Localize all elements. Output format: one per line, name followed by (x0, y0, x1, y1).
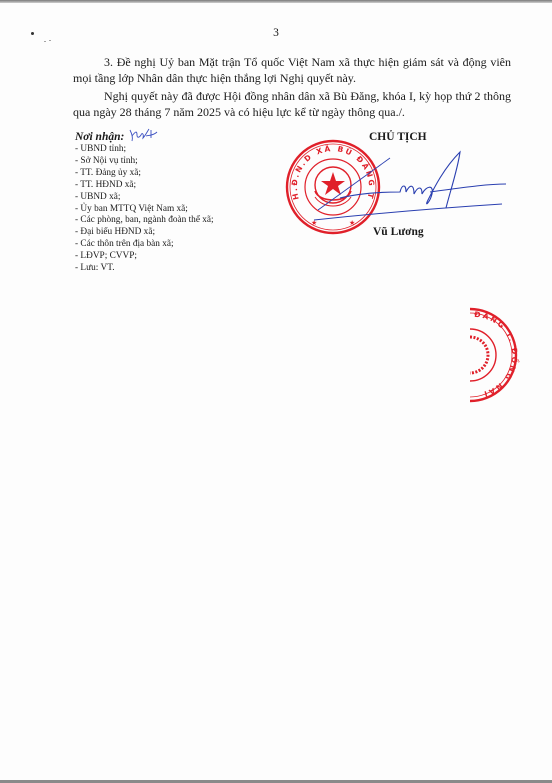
recipient-item: - LĐVP; CVVP; (75, 251, 214, 263)
recipient-item: - Đại biểu HĐND xã; (75, 227, 214, 239)
paragraph-effectiveness: Nghị quyết này đã được Hội đồng nhân dân… (73, 89, 511, 120)
scan-speck (44, 41, 46, 42)
recipients-block: Nơi nhận: - UBND tỉnh; - Sở Nội vụ tỉnh;… (75, 131, 214, 275)
page-number: 3 (0, 27, 552, 39)
signer-title: CHỦ TỊCH (369, 131, 427, 143)
signer-name: Vũ Lương (373, 226, 424, 238)
recipient-item: - Sở Nội vụ tỉnh; (75, 156, 214, 168)
seam-seal-text: ĐĂNG T. ĐỒNG NAI (474, 310, 520, 399)
recipient-item: - Lưu: VT. (75, 263, 214, 275)
recipient-item: - TT. HĐND xã; (75, 180, 214, 192)
scan-speck (49, 40, 51, 41)
recipient-item: - UBND xã; (75, 192, 214, 204)
recipient-item: - Ủy ban MTTQ Việt Nam xã; (75, 204, 214, 216)
recipient-item: - Các phòng, ban, ngành đoàn thể xã; (75, 215, 214, 227)
seam-seal-icon: ĐĂNG T. ĐỒNG NAI (470, 307, 522, 403)
paragraph-item-3: 3. Đề nghị Uỷ ban Mặt trận Tổ quốc Việt … (73, 55, 511, 86)
initials-mark-icon (127, 126, 161, 144)
svg-text:ĐĂNG T. ĐỒNG NAI: ĐĂNG T. ĐỒNG NAI (474, 310, 520, 399)
recipient-item: - TT. Đảng ủy xã; (75, 168, 214, 180)
scan-top-edge (0, 0, 552, 3)
recipient-item: - UBND tỉnh; (75, 144, 214, 156)
handwritten-signature-icon (310, 148, 510, 223)
recipient-item: - Các thôn trên địa bàn xã; (75, 239, 214, 251)
